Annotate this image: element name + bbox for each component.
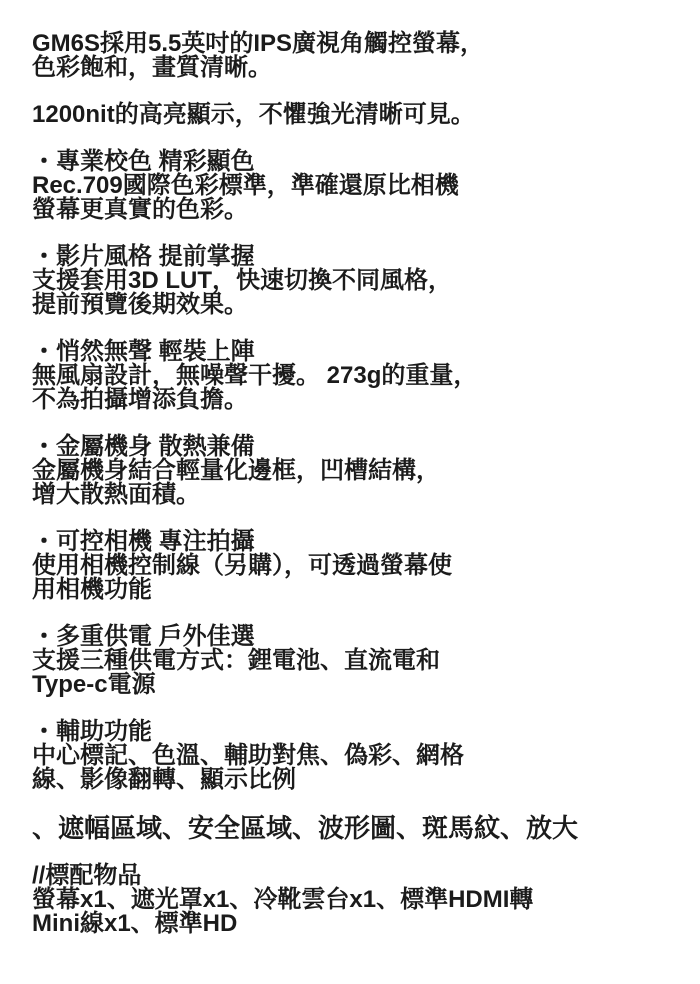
product-description-text: GM6S採用5.5英吋的IPS廣視角觸控螢幕，色彩飽和，畫質清晰。1200nit… bbox=[32, 32, 682, 936]
text-line: 增大散熱面積。 bbox=[32, 483, 682, 507]
paragraph: 1200nit的高亮顯示，不懼強光清晰可見。 bbox=[32, 103, 682, 127]
text-line: ・多重供電 戶外佳選 bbox=[32, 625, 682, 649]
text-line: 、遮幅區域、安全區域、波形圖、斑馬紋、放大 bbox=[32, 815, 682, 841]
text-line: 金屬機身結合輕量化邊框，凹槽結構， bbox=[32, 459, 682, 483]
paragraph: 、遮幅區域、安全區域、波形圖、斑馬紋、放大 bbox=[32, 815, 682, 841]
text-line: ・影片風格 提前掌握 bbox=[32, 245, 682, 269]
paragraph: ・影片風格 提前掌握支援套用3D LUT，快速切換不同風格，提前預覽後期效果。 bbox=[32, 245, 682, 317]
paragraph: GM6S採用5.5英吋的IPS廣視角觸控螢幕，色彩飽和，畫質清晰。 bbox=[32, 32, 682, 80]
text-line: 色彩飽和，畫質清晰。 bbox=[32, 56, 682, 80]
text-line: ・輔助功能 bbox=[32, 720, 682, 744]
text-line: 螢幕更真實的色彩。 bbox=[32, 198, 682, 222]
paragraph: ・多重供電 戶外佳選支援三種供電方式：鋰電池、直流電和Type-c電源 bbox=[32, 625, 682, 697]
paragraph: ・悄然無聲 輕裝上陣無風扇設計，無噪聲干擾。 273g的重量，不為拍攝增添負擔。 bbox=[32, 340, 682, 412]
text-line: ・專業校色 精彩顯色 bbox=[32, 150, 682, 174]
text-line: 使用相機控制線（另購），可透過螢幕使 bbox=[32, 554, 682, 578]
paragraph: ・可控相機 專注拍攝使用相機控制線（另購），可透過螢幕使用相機功能 bbox=[32, 530, 682, 602]
paragraph: //標配物品螢幕x1、遮光罩x1、冷靴雲台x1、標準HDMI轉Mini線x1、標… bbox=[32, 864, 682, 936]
paragraph: ・專業校色 精彩顯色Rec.709國際色彩標準，準確還原比相機螢幕更真實的色彩。 bbox=[32, 150, 682, 222]
text-line: 線、影像翻轉、顯示比例 bbox=[32, 768, 682, 792]
paragraph: ・輔助功能中心標記、色溫、輔助對焦、偽彩、網格線、影像翻轉、顯示比例 bbox=[32, 720, 682, 792]
text-line: 支援套用3D LUT，快速切換不同風格， bbox=[32, 269, 682, 293]
text-line: 無風扇設計，無噪聲干擾。 273g的重量， bbox=[32, 364, 682, 388]
text-line: //標配物品 bbox=[32, 864, 682, 888]
paragraph: ・金屬機身 散熱兼備金屬機身結合輕量化邊框，凹槽結構，增大散熱面積。 bbox=[32, 435, 682, 507]
text-line: Mini線x1、標準HD bbox=[32, 912, 682, 936]
text-line: Type-c電源 bbox=[32, 673, 682, 697]
text-line: 用相機功能 bbox=[32, 578, 682, 602]
text-line: GM6S採用5.5英吋的IPS廣視角觸控螢幕， bbox=[32, 32, 682, 56]
text-line: 不為拍攝增添負擔。 bbox=[32, 388, 682, 412]
text-line: 螢幕x1、遮光罩x1、冷靴雲台x1、標準HDMI轉 bbox=[32, 888, 682, 912]
text-line: 中心標記、色溫、輔助對焦、偽彩、網格 bbox=[32, 744, 682, 768]
text-line: ・金屬機身 散熱兼備 bbox=[32, 435, 682, 459]
text-line: 支援三種供電方式：鋰電池、直流電和 bbox=[32, 649, 682, 673]
text-line: Rec.709國際色彩標準，準確還原比相機 bbox=[32, 174, 682, 198]
text-line: 提前預覽後期效果。 bbox=[32, 293, 682, 317]
product-description-page: GM6S採用5.5英吋的IPS廣視角觸控螢幕，色彩飽和，畫質清晰。1200nit… bbox=[0, 0, 700, 984]
text-line: 1200nit的高亮顯示，不懼強光清晰可見。 bbox=[32, 103, 682, 127]
text-line: ・悄然無聲 輕裝上陣 bbox=[32, 340, 682, 364]
text-line: ・可控相機 專注拍攝 bbox=[32, 530, 682, 554]
